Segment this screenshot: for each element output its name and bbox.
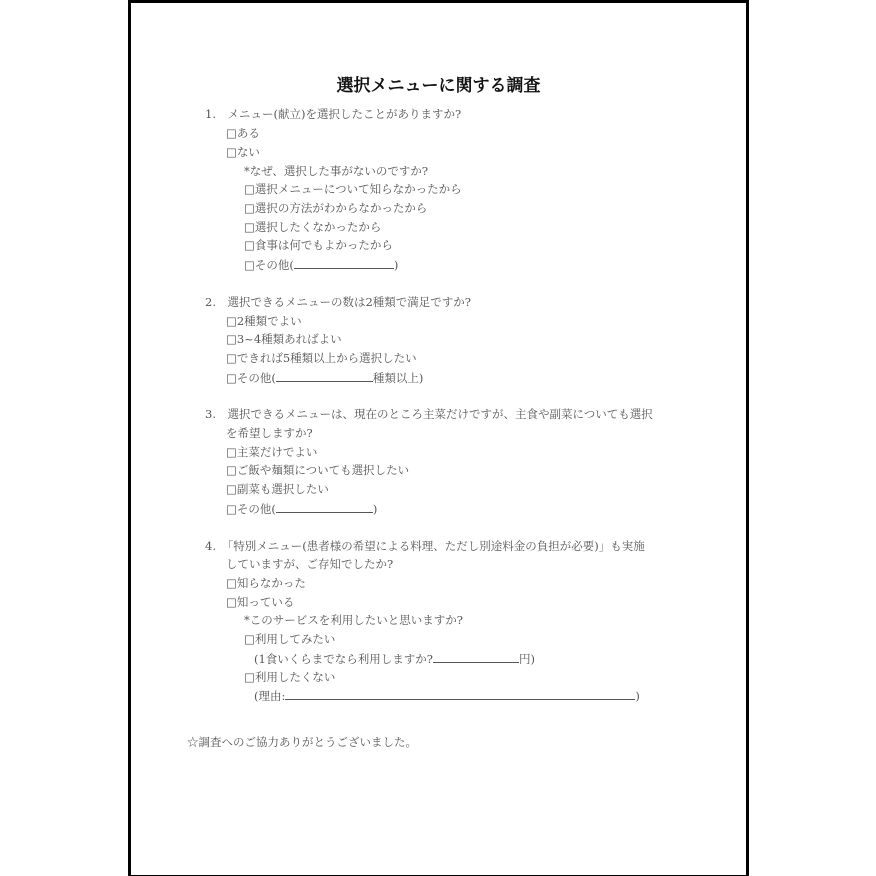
q4-price-suffix: 円) <box>519 652 535 666</box>
q4-option-2[interactable]: □知っている <box>226 595 294 609</box>
q3-other-blank[interactable] <box>276 501 373 513</box>
q1-sub-option-1[interactable]: □選択メニューについて知らなかったから <box>244 182 462 196</box>
q4-reason-blank[interactable] <box>285 688 635 700</box>
q4-no-option[interactable]: □利用したくない <box>244 670 335 684</box>
q4-reason[interactable]: (理由:) <box>254 688 640 703</box>
q4-question-line1: 4. 「特別メニュー(患者様の希望による料理、ただし別途料金の負担が必要)」も実… <box>205 539 645 553</box>
q4-option-1[interactable]: □知らなかった <box>226 576 306 590</box>
q1-other-blank[interactable] <box>294 257 394 269</box>
q1-option-yes[interactable]: □ある <box>226 126 260 140</box>
q4-reason-suffix: ) <box>635 689 640 703</box>
q4-question-line2: していますが、ご存知でしたか? <box>226 557 393 571</box>
q3-question-line1: 3. 選択できるメニューは、現在のところ主菜だけですが、主食や副菜についても選択 <box>205 407 653 421</box>
q3-option-2[interactable]: □ご飯や麺類についても選択したい <box>226 463 409 477</box>
q4-yes-option[interactable]: □利用してみたい <box>244 632 335 646</box>
q2-option-3[interactable]: □できれば5種類以上から選択したい <box>226 351 417 365</box>
closing-message: ☆調査へのご協力ありがとうございました。 <box>187 735 417 749</box>
q2-option-2[interactable]: □3~4種類あればよい <box>226 332 342 346</box>
q2-other-blank[interactable] <box>276 370 373 382</box>
q1-sub-option-3[interactable]: □選択したくなかったから <box>244 220 381 234</box>
q3-other-suffix: ) <box>373 502 378 516</box>
q1-other-suffix: ) <box>394 258 399 272</box>
q4-price-blank[interactable] <box>433 651 519 663</box>
q4-price-prefix: (1食いくらまでなら利用しますか? <box>254 652 433 666</box>
q2-other-prefix: □その他( <box>226 371 276 385</box>
q3-question-line2: を希望しますか? <box>226 426 313 440</box>
q2-question: 2. 選択できるメニューの数は2種類で満足ですか? <box>205 295 471 309</box>
q1-sub-option-4[interactable]: □食事は何でもよかったから <box>244 238 393 252</box>
q3-other-prefix: □その他( <box>226 502 276 516</box>
q2-other-suffix: 種類以上) <box>373 371 424 385</box>
q1-sub-question: *なぜ、選択した事がないのですか? <box>244 164 428 178</box>
q1-other-prefix: □その他( <box>244 258 294 272</box>
q3-option-3[interactable]: □副菜も選択したい <box>226 482 329 496</box>
q1-question: 1. メニュー(献立)を選択したことがありますか? <box>205 107 461 121</box>
q2-other[interactable]: □その他(種類以上) <box>226 370 423 385</box>
q2-option-1[interactable]: □2種類でよい <box>226 314 302 328</box>
q4-price[interactable]: (1食いくらまでなら利用しますか?円) <box>254 651 535 666</box>
q1-option-no[interactable]: □ない <box>226 145 260 159</box>
q4-sub-question: *このサービスを利用したいと思いますか? <box>244 613 463 627</box>
page-title: 選択メニューに関する調査 <box>131 71 746 96</box>
q4-reason-prefix: (理由: <box>254 689 285 703</box>
q3-option-1[interactable]: □主菜だけでよい <box>226 445 317 459</box>
q1-sub-option-2[interactable]: □選択の方法がわからなかったから <box>244 201 427 215</box>
q1-other[interactable]: □その他() <box>244 257 398 272</box>
q3-other[interactable]: □その他() <box>226 501 377 516</box>
